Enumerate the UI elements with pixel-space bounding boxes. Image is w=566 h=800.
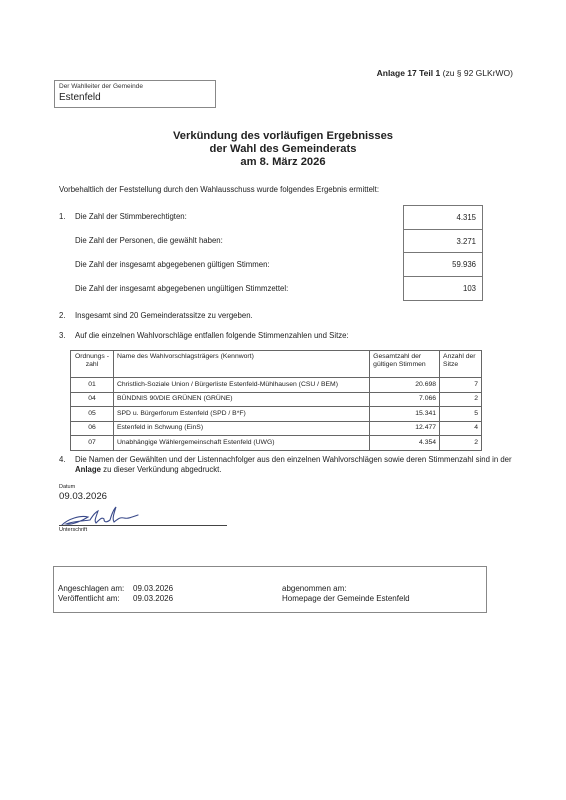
results-table: Ordnungs - zahl Name des Wahlvorschlagst… — [70, 350, 482, 451]
cell-order-number: 07 — [71, 436, 114, 451]
sender-box: Der Wahlleiter der Gemeinde Estenfeld — [54, 80, 216, 108]
title-line-1: Verkündung des vorläufigen Ergebnisses — [0, 130, 566, 143]
cell-order-number: 01 — [71, 378, 114, 393]
date-label: Datum — [59, 484, 75, 490]
header-total-votes: Gesamtzahl der gültigen Stimmen — [370, 351, 440, 378]
stat-label-valid-votes: Die Zahl der insgesamt abgegebenen gülti… — [75, 260, 270, 269]
cell-seats: 5 — [440, 407, 482, 422]
results-header-row: Ordnungs - zahl Name des Wahlvorschlagst… — [71, 351, 482, 378]
header-party-name: Name des Wahlvorschlagsträgers (Kennwort… — [113, 351, 369, 378]
cell-party-name: SPD u. Bürgerforum Estenfeld (SPD / B*F) — [113, 407, 369, 422]
posting-box: Angeschlagen am: 09.03.2026 Veröffentlic… — [53, 566, 487, 613]
section-1-number: 1. — [59, 212, 66, 221]
stat-value-valid-votes: 59.936 — [404, 253, 482, 277]
removed-label: abgenommen am: — [282, 584, 346, 594]
cell-total-votes: 4.354 — [370, 436, 440, 451]
cell-total-votes: 7.066 — [370, 392, 440, 407]
sender-label: Der Wahlleiter der Gemeinde — [59, 83, 143, 90]
section-2-number: 2. — [59, 311, 66, 320]
cell-order-number: 06 — [71, 421, 114, 436]
signature-label: Unterschrift — [59, 527, 87, 533]
stat-label-eligible: Die Zahl der Stimmberechtigten: — [75, 212, 187, 221]
signature-line — [59, 525, 227, 526]
stat-label-invalid-ballots: Die Zahl der insgesamt abgegebenen ungül… — [75, 284, 288, 293]
header-seats: Anzahl der Sitze — [440, 351, 482, 378]
cell-order-number: 04 — [71, 392, 114, 407]
document-title: Verkündung des vorläufigen Ergebnisses d… — [0, 130, 566, 169]
section-3-number: 3. — [59, 331, 66, 340]
section-4: 4. Die Namen der Gewählten und der Liste… — [59, 455, 66, 465]
cell-party-name: BÜNDNIS 90/DIE GRÜNEN (GRÜNE) — [113, 392, 369, 407]
cell-party-name: Christlich-Soziale Union / Bürgerliste E… — [113, 378, 369, 393]
stats-values-box: 4.315 3.271 59.936 103 — [403, 205, 483, 301]
posted-label: Angeschlagen am: — [58, 584, 124, 594]
stat-value-voters: 3.271 — [404, 230, 482, 254]
table-row: 06Estenfeld in Schwung (EinS)12.4774 — [71, 421, 482, 436]
section-4-text: Die Namen der Gewählten und der Listenna… — [75, 455, 515, 475]
cell-party-name: Estenfeld in Schwung (EinS) — [113, 421, 369, 436]
published-value: 09.03.2026 — [133, 594, 173, 604]
cell-seats: 4 — [440, 421, 482, 436]
published-label: Veröffentlicht am: — [58, 594, 120, 604]
cell-total-votes: 20.698 — [370, 378, 440, 393]
stat-value-invalid-ballots: 103 — [404, 277, 482, 301]
cell-order-number: 05 — [71, 407, 114, 422]
stat-label-voters: Die Zahl der Personen, die gewählt haben… — [75, 236, 223, 245]
section-2-text: Insgesamt sind 20 Gemeinderatssitze zu v… — [75, 311, 253, 320]
cell-total-votes: 12.477 — [370, 421, 440, 436]
annex-reference: Anlage 17 Teil 1 (zu § 92 GLKrWO) — [0, 68, 513, 78]
cell-party-name: Unabhängige Wählergemeinschaft Estenfeld… — [113, 436, 369, 451]
stat-value-eligible: 4.315 — [404, 206, 482, 230]
section-4-number: 4. — [59, 455, 66, 464]
table-row: 04BÜNDNIS 90/DIE GRÜNEN (GRÜNE)7.0662 — [71, 392, 482, 407]
table-row: 07Unabhängige Wählergemeinschaft Estenfe… — [71, 436, 482, 451]
intro-text: Vorbehaltlich der Feststellung durch den… — [59, 185, 379, 194]
header-order-number: Ordnungs - zahl — [71, 351, 114, 378]
posted-value: 09.03.2026 — [133, 584, 173, 594]
annex-number: Anlage 17 Teil 1 — [377, 68, 441, 78]
cell-seats: 2 — [440, 392, 482, 407]
cell-seats: 2 — [440, 436, 482, 451]
annex-link-text: Anlage — [75, 465, 101, 474]
annex-legal-reference: (zu § 92 GLKrWO) — [443, 68, 513, 78]
table-row: 01Christlich-Soziale Union / Bürgerliste… — [71, 378, 482, 393]
title-line-2: der Wahl des Gemeinderats — [0, 143, 566, 156]
section-3-text: Auf die einzelnen Wahlvorschläge entfall… — [75, 331, 349, 340]
title-line-3: am 8. März 2026 — [0, 156, 566, 169]
cell-total-votes: 15.341 — [370, 407, 440, 422]
date-value: 09.03.2026 — [59, 491, 107, 502]
cell-seats: 7 — [440, 378, 482, 393]
table-row: 05SPD u. Bürgerforum Estenfeld (SPD / B*… — [71, 407, 482, 422]
posting-location: Homepage der Gemeinde Estenfeld — [282, 594, 410, 604]
sender-name: Estenfeld — [59, 92, 101, 103]
